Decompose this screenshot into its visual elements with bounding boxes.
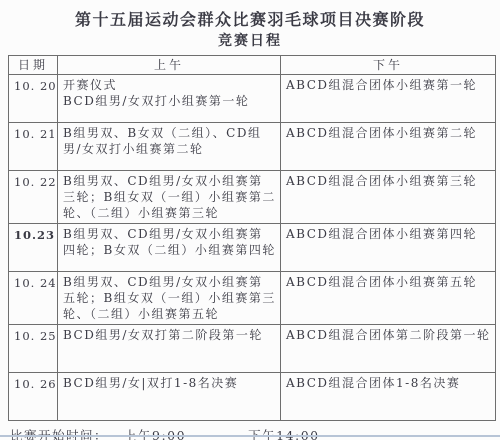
morning-start-time: 上午9:00	[124, 428, 186, 440]
morning-cell: 开赛仪式 BCD组男/女双打小组赛第一轮	[58, 75, 281, 123]
afternoon-cell: ABCD组混合团体小组赛第五轮	[281, 272, 496, 325]
morning-cell: BCD组男/女双打第二阶段第一轮	[58, 325, 281, 373]
date-cell: 10. 20	[9, 75, 58, 123]
date-cell: 10. 22	[9, 171, 58, 224]
afternoon-cell: ABCD组混合团体小组赛第三轮	[281, 171, 496, 224]
schedule-table: 日期 上午 下午 10. 20 开赛仪式 BCD组男/女双打小组赛第一轮 ABC…	[8, 55, 496, 421]
afternoon-cell: ABCD组混合团体小组赛第一轮	[281, 75, 496, 123]
header-cell-afternoon: 下午	[281, 56, 496, 75]
date-cell: 10. 24	[9, 272, 58, 325]
morning-cell: B组男双、CD组男/女双小组赛第四轮；B女双（二组）小组赛第四轮	[58, 224, 281, 272]
schedule-page: 第十五届运动会群众比赛羽毛球项目决赛阶段 竞赛日程 日期 上午 下午 10. 2…	[0, 0, 500, 440]
morning-cell: B组男双、B女双（二组）、CD组男/女双打小组赛第二轮	[58, 123, 281, 171]
page-title: 第十五届运动会群众比赛羽毛球项目决赛阶段	[0, 0, 500, 30]
date-cell: 10. 26	[9, 373, 58, 421]
start-time-note: 比赛开始时间：上午9:00下午14:00	[10, 428, 500, 440]
afternoon-cell: ABCD组混合团体1-8名决赛	[281, 373, 496, 421]
header-cell-date: 日期	[9, 56, 58, 75]
table-row: 10.23 B组男双、CD组男/女双小组赛第四轮；B女双（二组）小组赛第四轮 A…	[9, 224, 496, 272]
date-cell: 10. 25	[9, 325, 58, 373]
table-header-row: 日期 上午 下午	[9, 56, 496, 75]
page-subtitle: 竞赛日程	[0, 33, 500, 49]
afternoon-cell: ABCD组混合团体小组赛第四轮	[281, 224, 496, 272]
afternoon-start-time: 下午14:00	[248, 428, 320, 440]
start-time-label: 比赛开始时间：	[10, 428, 108, 440]
date-cell: 10. 21	[9, 123, 58, 171]
morning-cell: B组男双、CD组男/女双小组赛第五轮；B组女双（一组）小组赛第三轮、（二组）小组…	[58, 272, 281, 325]
table-row: 10. 22 B组男双、CD组男/女双小组赛第三轮；B组女双（一组）小组赛第二轮…	[9, 171, 496, 224]
table-row: 10. 24 B组男双、CD组男/女双小组赛第五轮；B组女双（一组）小组赛第三轮…	[9, 272, 496, 325]
morning-cell: BCD组男/女|双打1-8名决赛	[58, 373, 281, 421]
afternoon-cell: ABCD组混合团体小组赛第二轮	[281, 123, 496, 171]
bottom-divider	[0, 435, 500, 437]
header-cell-morning: 上午	[58, 56, 281, 75]
morning-cell: B组男双、CD组男/女双小组赛第三轮；B组女双（一组）小组赛第二轮、（二组）小组…	[58, 171, 281, 224]
afternoon-cell: ABCD组混合团体第二阶段第一轮	[281, 325, 496, 373]
date-cell: 10.23	[9, 224, 58, 272]
table-row: 10. 21 B组男双、B女双（二组）、CD组男/女双打小组赛第二轮 ABCD组…	[9, 123, 496, 171]
table-row: 10. 20 开赛仪式 BCD组男/女双打小组赛第一轮 ABCD组混合团体小组赛…	[9, 75, 496, 123]
table-row: 10. 26 BCD组男/女|双打1-8名决赛 ABCD组混合团体1-8名决赛	[9, 373, 496, 421]
table-row: 10. 25 BCD组男/女双打第二阶段第一轮 ABCD组混合团体第二阶段第一轮	[9, 325, 496, 373]
